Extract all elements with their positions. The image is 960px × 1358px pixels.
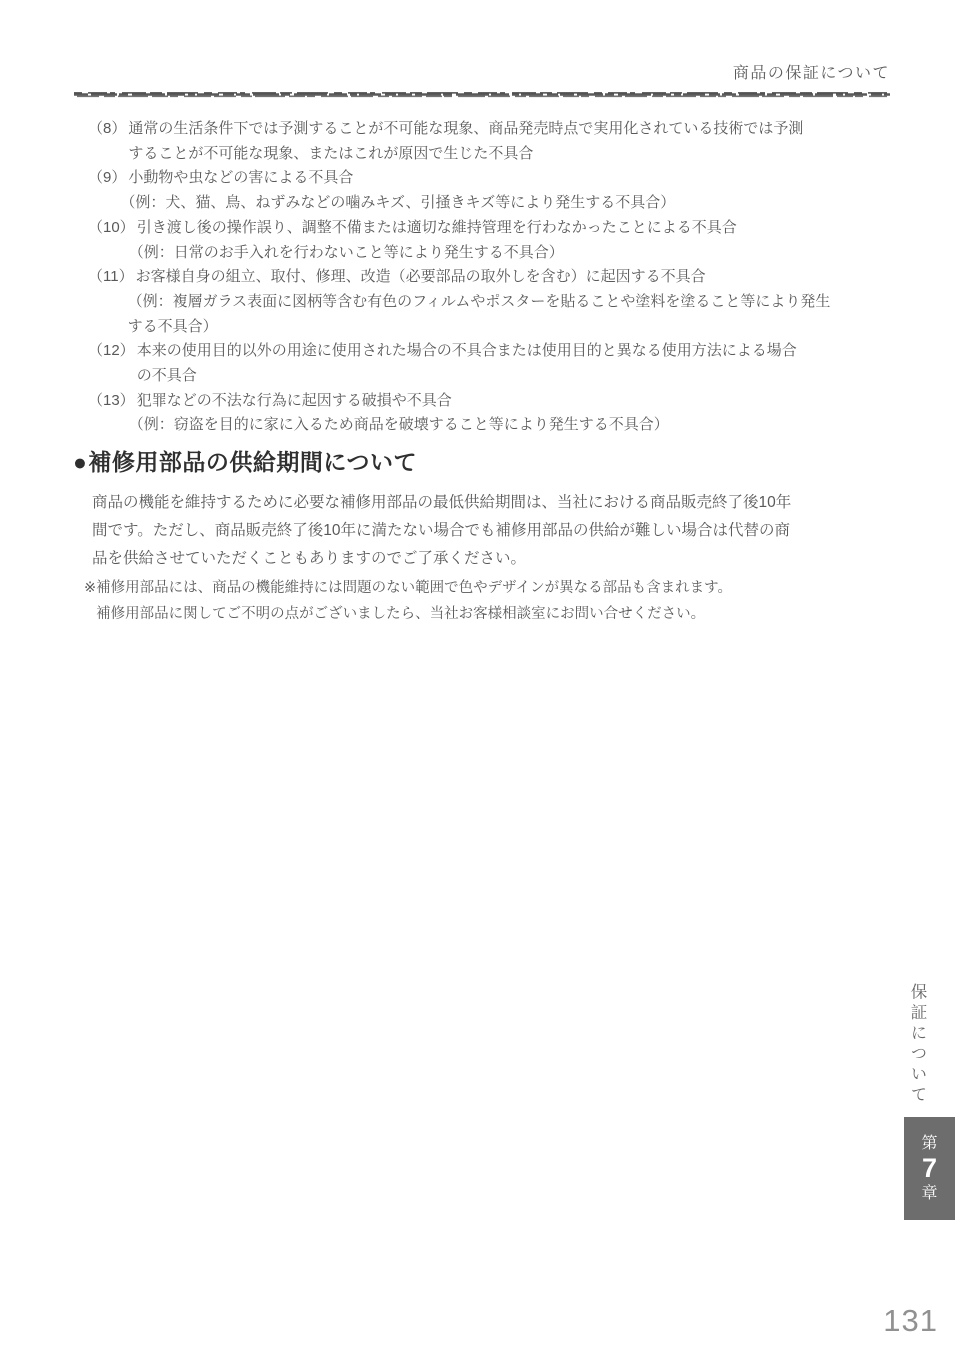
defect-list: （8） 通常の生活条件下では予測することが不可能な現象、商品発売時点で実用化され…: [88, 117, 918, 438]
chapter-prefix: 第: [921, 1134, 937, 1153]
list-item-number: （8）: [88, 117, 128, 142]
list-item-body: 犯罪などの不法な行為に起因する破損や不具合 （例：窃盗を目的に家に入るため商品を…: [137, 389, 918, 438]
supply-period-paragraph: 商品の機能を維持するために必要な補修用部品の最低供給期間は、当社における商品販売…: [92, 489, 892, 572]
list-item-body: 引き渡し後の操作誤り、調整不備または適切な維持管理を行わなかったことによる不具合…: [137, 216, 918, 265]
list-item: （10） 引き渡し後の操作誤り、調整不備または適切な維持管理を行わなかったことに…: [88, 216, 918, 265]
list-item-body: お客様自身の組立、取付、修理、改造（必要部品の取外しを含む）に起因する不具合 （…: [136, 265, 918, 339]
list-item-number: （11）: [88, 265, 136, 290]
chapter-suffix: 章: [921, 1184, 937, 1203]
list-item-text: 犯罪などの不法な行為に起因する破損や不具合: [137, 389, 918, 414]
list-item: （11） お客様自身の組立、取付、修理、改造（必要部品の取外しを含む）に起因する…: [88, 265, 918, 339]
chapter-number: 7: [922, 1154, 937, 1183]
manual-page: 商品の保証について （8） 通常の生活条件下では予測することが不可能な現象、商品…: [0, 0, 960, 1358]
bullet-icon: ●: [73, 449, 87, 475]
list-item-text: お客様自身の組立、取付、修理、改造（必要部品の取外しを含む）に起因する不具合: [136, 265, 918, 290]
list-item-text: 引き渡し後の操作誤り、調整不備または適切な維持管理を行わなかったことによる不具合: [137, 216, 918, 241]
header-title: 商品の保証について: [733, 60, 890, 83]
list-item-body: 小動物や虫などの害による不具合 （例：犬、猫、鳥、ねずみなどの噛みキズ、引掻きキ…: [128, 166, 918, 215]
list-item-body: 通常の生活条件下では予測することが不可能な現象、商品発売時点で実用化されている技…: [128, 117, 918, 166]
page-number: 131: [883, 1303, 938, 1339]
list-item-example: （例：犬、猫、鳥、ねずみなどの噛みキズ、引掻きキズ等により発生する不具合）: [120, 191, 918, 216]
header-divider: [74, 90, 890, 100]
note-text: 補修用部品には、商品の機能維持には問題のない範囲で色やデザインが異なる部品も含ま…: [96, 576, 894, 627]
note-block: ※ 補修用部品には、商品の機能維持には問題のない範囲で色やデザインが異なる部品も…: [84, 576, 894, 627]
section-heading: ●補修用部品の供給期間について: [73, 446, 417, 478]
note-marker: ※: [84, 576, 96, 602]
list-item-example: （例：複層ガラス表面に図柄等含む有色のフィルムやポスターを貼ることや塗料を塗るこ…: [128, 290, 918, 339]
list-item-number: （9）: [88, 166, 128, 191]
list-item: （12） 本来の使用目的以外の用途に使用された場合の不具合または使用目的と異なる…: [88, 339, 918, 388]
list-item: （13） 犯罪などの不法な行為に起因する破損や不具合 （例：窃盗を目的に家に入る…: [88, 389, 918, 438]
list-item-number: （13）: [88, 389, 137, 414]
list-item-body: 本来の使用目的以外の用途に使用された場合の不具合または使用目的と異なる使用方法に…: [137, 339, 918, 388]
list-item-text: 本来の使用目的以外の用途に使用された場合の不具合または使用目的と異なる使用方法に…: [137, 339, 918, 388]
section-heading-text: 補修用部品の供給期間について: [88, 449, 417, 475]
list-item-text: 通常の生活条件下では予測することが不可能な現象、商品発売時点で実用化されている技…: [128, 117, 918, 166]
list-item-number: （10）: [88, 216, 137, 241]
list-item: （9） 小動物や虫などの害による不具合 （例：犬、猫、鳥、ねずみなどの噛みキズ、…: [88, 166, 918, 215]
list-item-example: （例：日常のお手入れを行わないこと等により発生する不具合）: [129, 241, 918, 266]
chapter-side-label: 保証について: [905, 983, 929, 1106]
list-item-number: （12）: [88, 339, 137, 364]
list-item: （8） 通常の生活条件下では予測することが不可能な現象、商品発売時点で実用化され…: [88, 117, 918, 166]
list-item-text: 小動物や虫などの害による不具合: [128, 166, 918, 191]
list-item-example: （例：窃盗を目的に家に入るため商品を破壊すること等により発生する不具合）: [129, 413, 918, 438]
chapter-tab: 第 7 章: [904, 1117, 955, 1220]
